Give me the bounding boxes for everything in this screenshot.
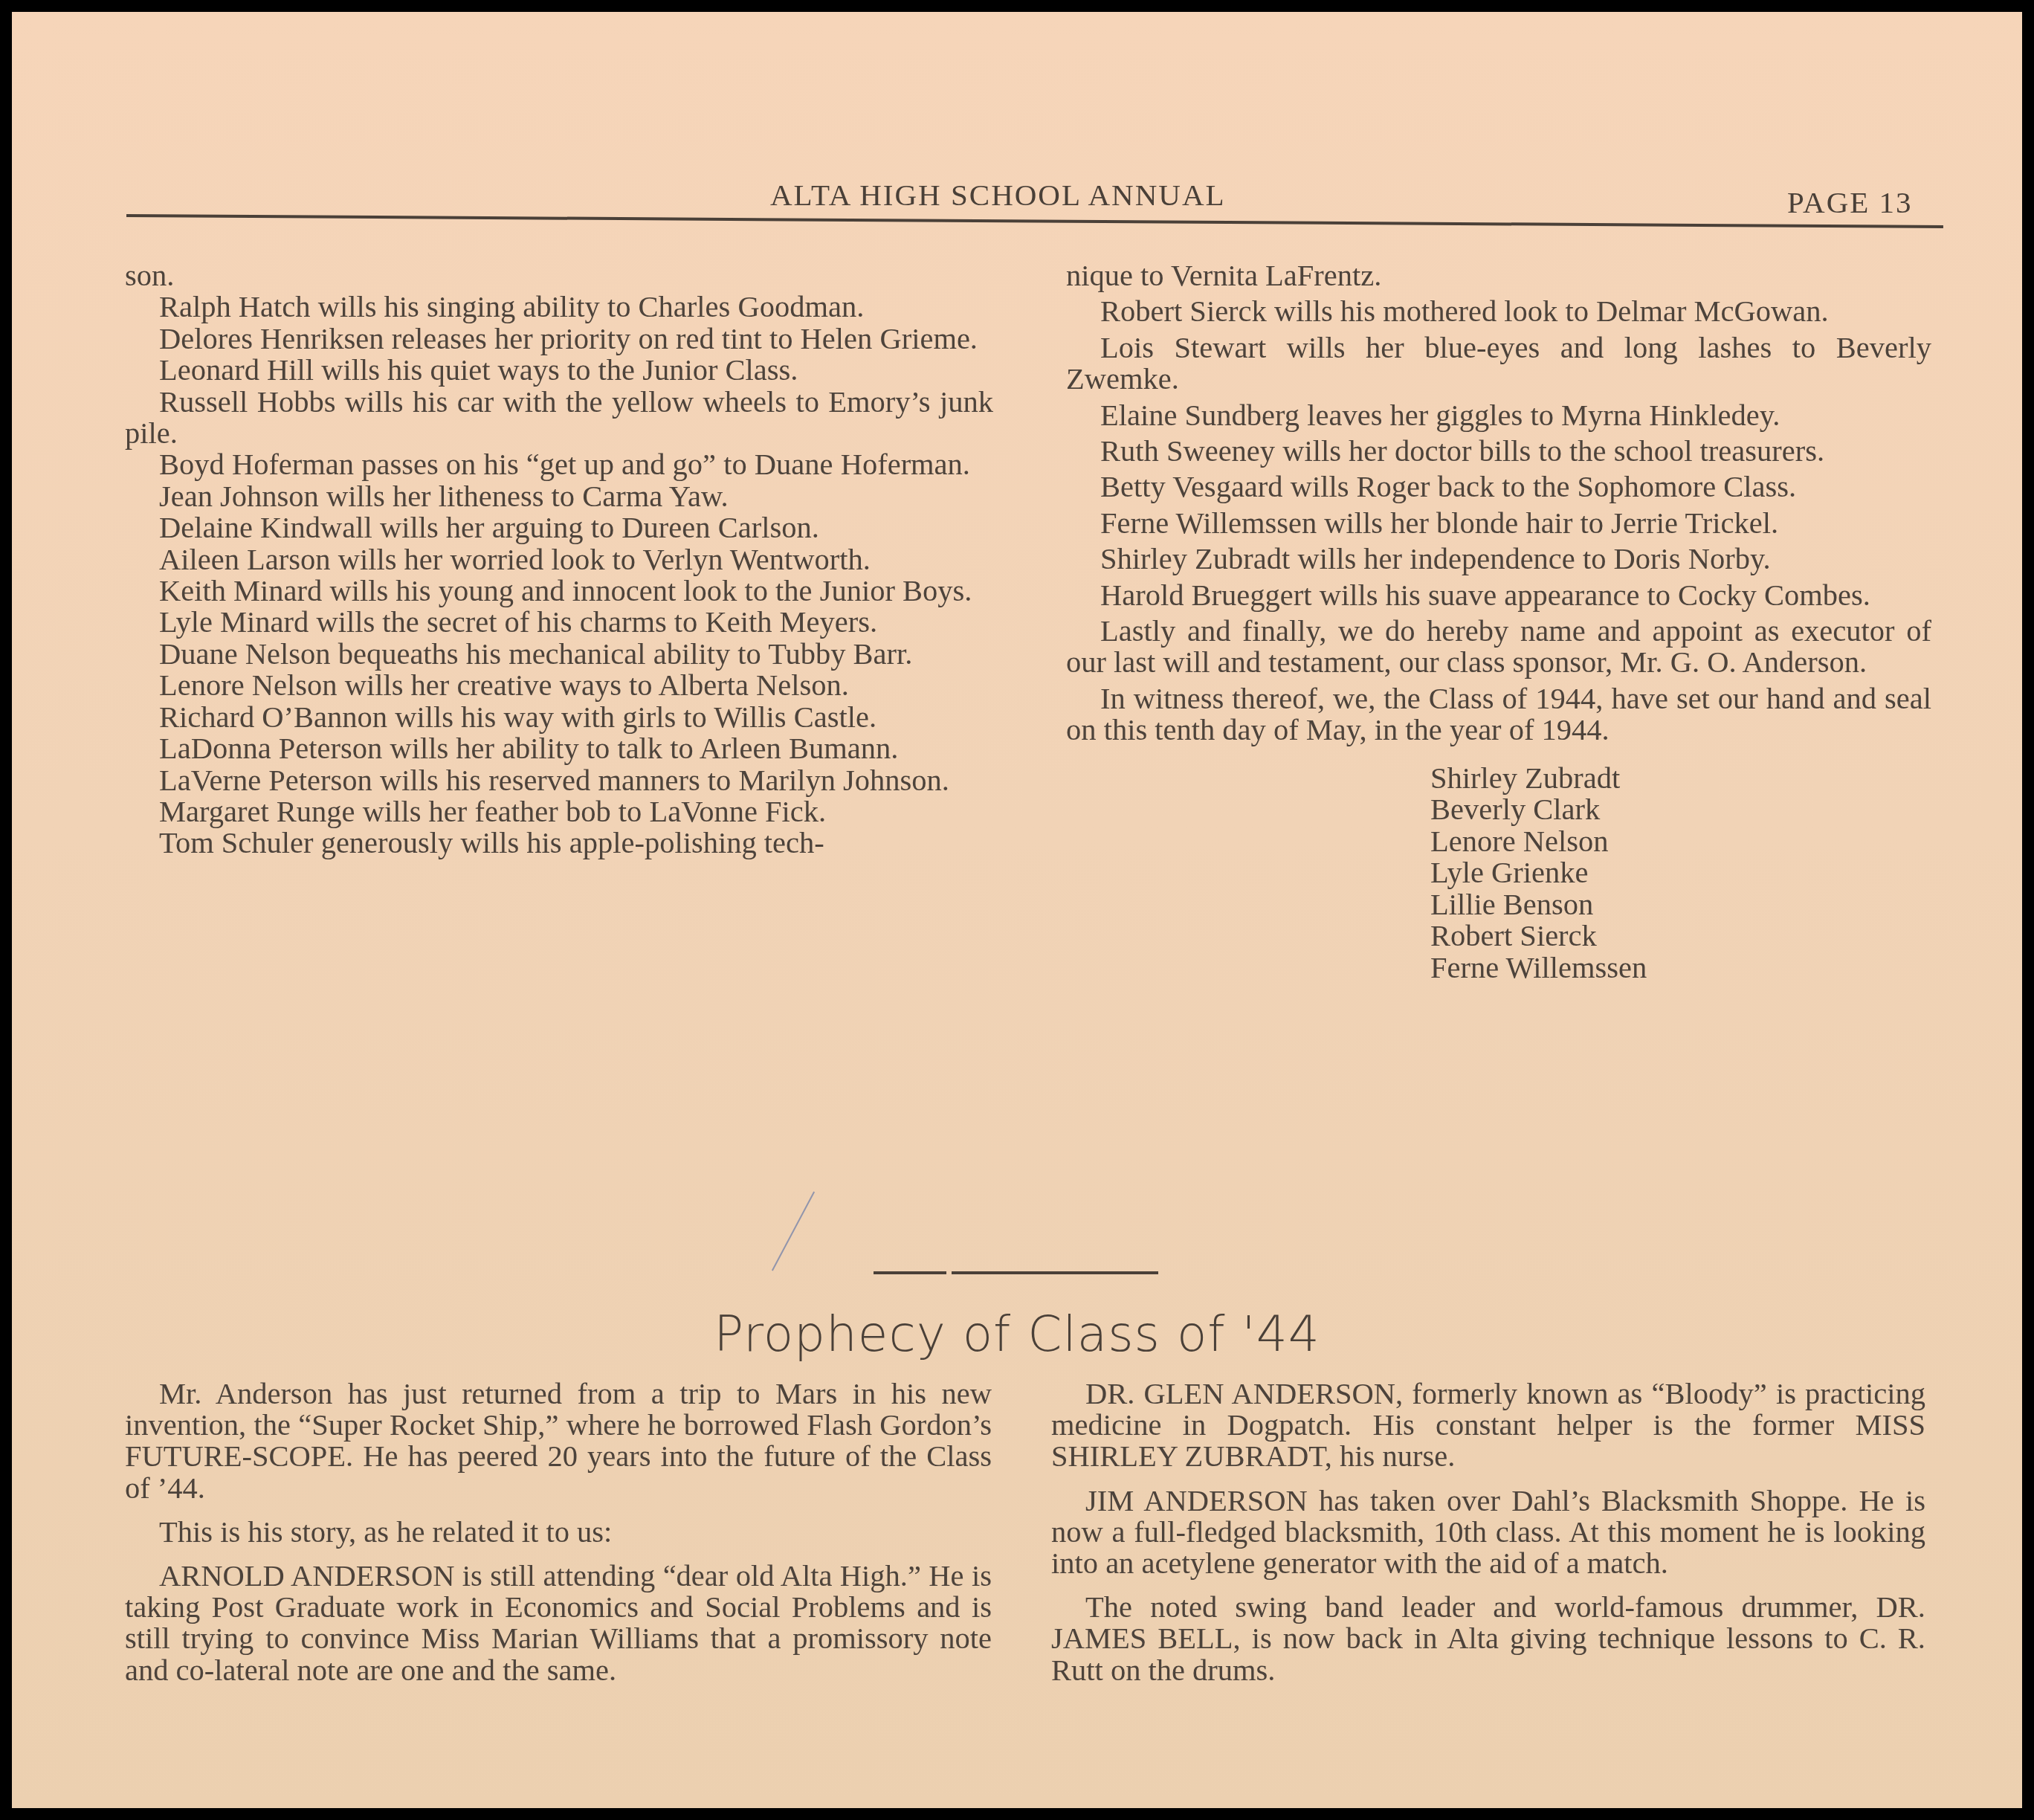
will-entry: Ferne Willemssen wills her blonde hair t…	[1066, 508, 1931, 539]
signer-name: Lenore Nelson	[1430, 826, 1931, 858]
witness-paragraph: In witness thereof, we, the Class of 194…	[1066, 683, 1931, 746]
will-entry: Tom Schuler generously wills his apple-p…	[125, 827, 993, 859]
will-entry: Richard O’Bannon wills his way with girl…	[125, 702, 993, 733]
signer-name: Lillie Benson	[1430, 889, 1931, 921]
signature-list: Shirley Zubradt Beverly Clark Lenore Nel…	[1430, 763, 1931, 984]
running-header-title: ALTA HIGH SCHOOL ANNUAL	[770, 177, 1226, 213]
will-entry: Betty Vesgaard wills Roger back to the S…	[1066, 471, 1931, 503]
section-heading: Prophecy of Class of '44	[12, 1306, 2022, 1363]
will-entry: Harold Brueggert wills his suave appeara…	[1066, 580, 1931, 611]
will-entry: Margaret Runge wills her feather bob to …	[125, 796, 993, 827]
will-entry: Lois Stewart wills her blue-eyes and lon…	[1066, 332, 1931, 396]
will-entry: Delaine Kindwall wills her arguing to Du…	[125, 512, 993, 543]
wills-right-column: nique to Vernita LaFrentz. Robert Sierck…	[1066, 260, 1931, 984]
will-entry: Elaine Sundberg leaves her giggles to My…	[1066, 400, 1931, 431]
will-entry: nique to Vernita LaFrentz.	[1066, 260, 1931, 291]
signer-name: Shirley Zubradt	[1430, 763, 1931, 795]
prophecy-left-column: Mr. Anderson has just returned from a tr…	[125, 1378, 992, 1699]
page-number: PAGE 13	[1787, 184, 1913, 220]
prophecy-paragraph: ARNOLD ANDERSON is still attending “dear…	[125, 1561, 992, 1686]
executor-paragraph: Lastly and finally, we do hereby name an…	[1066, 616, 1931, 679]
will-entry: Leonard Hill wills his quiet ways to the…	[125, 355, 993, 386]
header-rule	[126, 214, 1943, 228]
signer-name: Beverly Clark	[1430, 794, 1931, 826]
section-divider-left	[874, 1271, 946, 1274]
will-entry: Ruth Sweeney wills her doctor bills to t…	[1066, 436, 1931, 467]
wills-left-column: son. Ralph Hatch wills his singing abili…	[125, 260, 993, 859]
will-entry: Keith Minard wills his young and innocen…	[125, 575, 993, 607]
prophecy-paragraph: This is his story, as he related it to u…	[125, 1517, 992, 1548]
will-entry: Jean Johnson wills her litheness to Carm…	[125, 481, 993, 512]
signer-name: Robert Sierck	[1430, 920, 1931, 952]
will-entry: Duane Nelson bequeaths his mechanical ab…	[125, 639, 993, 670]
will-entry: Aileen Larson wills her worried look to …	[125, 544, 993, 575]
prophecy-right-column: DR. GLEN ANDERSON, formerly known as “Bl…	[1051, 1378, 1925, 1699]
will-entry: LaDonna Peterson wills her ability to ta…	[125, 733, 993, 764]
prophecy-paragraph: JIM ANDERSON has taken over Dahl’s Black…	[1051, 1485, 1925, 1580]
will-entry: Delores Henriksen releases her priority …	[125, 323, 993, 355]
prophecy-paragraph: DR. GLEN ANDERSON, formerly known as “Bl…	[1051, 1378, 1925, 1473]
will-entry: LaVerne Peterson wills his reserved mann…	[125, 765, 993, 796]
prophecy-paragraph: The noted swing band leader and world-fa…	[1051, 1592, 1925, 1686]
will-entry: Lenore Nelson wills her creative ways to…	[125, 670, 993, 701]
signer-name: Lyle Grienke	[1430, 857, 1931, 889]
will-entry: Russell Hobbs wills his car with the yel…	[125, 387, 993, 450]
prophecy-paragraph: Mr. Anderson has just returned from a tr…	[125, 1378, 992, 1504]
will-entry: Ralph Hatch wills his singing ability to…	[125, 291, 993, 323]
yearbook-page: ALTA HIGH SCHOOL ANNUAL PAGE 13 son. Ral…	[12, 12, 2022, 1808]
section-divider-right	[952, 1271, 1158, 1274]
will-entry: Lyle Minard wills the secret of his char…	[125, 607, 993, 638]
will-entry: Robert Sierck wills his mothered look to…	[1066, 296, 1931, 327]
will-entry: Shirley Zubradt wills her independence t…	[1066, 543, 1931, 575]
will-entry: Boyd Hoferman passes on his “get up and …	[125, 449, 993, 480]
will-entry: son.	[125, 260, 993, 291]
pen-stroke-mark	[772, 1192, 815, 1271]
signer-name: Ferne Willemssen	[1430, 952, 1931, 984]
